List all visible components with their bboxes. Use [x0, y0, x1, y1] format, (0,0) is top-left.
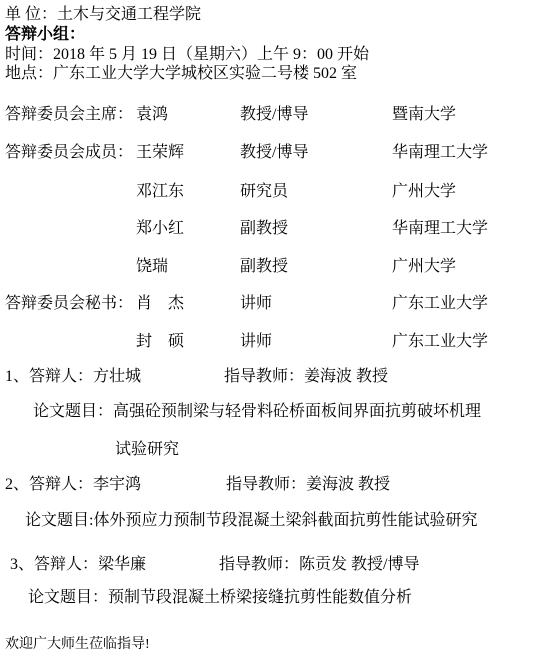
member-name: 袁鸿 — [136, 105, 168, 125]
defense-announcement-document: 单 位：土木与交通工程学院 答辩小组： 时间：2018 年 5 月 19 日（星… — [0, 0, 543, 667]
defense-3-thesis-line: 论文题目：预制节段混凝土桥梁接缝抗剪性能数值分析 — [28, 588, 412, 608]
committee-row: 邓江东 研究员 广州大学 — [0, 182, 543, 202]
member-university: 暨南大学 — [392, 105, 456, 125]
member-university: 广州大学 — [392, 257, 456, 277]
member-university: 广州大学 — [392, 182, 456, 202]
defense-1-thesis-line: 论文题目：高强砼预制梁与轻骨料砼桥面板间界面抗剪破坏机理 — [33, 402, 481, 422]
unit-line: 单 位：土木与交通工程学院 — [5, 5, 201, 25]
member-university: 广东工业大学 — [392, 294, 488, 314]
member-name: 郑小红 — [136, 219, 184, 239]
committee-row: 答辩委员会成员： 王荣辉 教授/博导 华南理工大学 — [0, 143, 543, 163]
defense-2-advisor: 指导教师：姜海波 教授 — [226, 475, 390, 495]
committee-role-label: 答辩委员会主席： — [5, 105, 133, 125]
committee-row: 郑小红 副教授 华南理工大学 — [0, 219, 543, 239]
defense-1-advisor: 指导教师：姜海波 教授 — [224, 367, 388, 387]
member-title: 讲师 — [240, 332, 272, 352]
group-heading: 答辩小组： — [5, 25, 85, 45]
defense-2-header: 2、答辩人：李宇鸿 — [5, 475, 141, 495]
footer-note: 欢迎广大师生莅临指导! — [5, 636, 150, 654]
member-title: 讲师 — [240, 294, 272, 314]
defense-3-header: 3、答辩人：梁华廉 — [10, 555, 146, 575]
member-university: 华南理工大学 — [392, 143, 488, 163]
member-title: 副教授 — [240, 219, 288, 239]
defense-1-header: 1、答辩人：方壮城 — [5, 367, 141, 387]
member-name: 邓江东 — [136, 182, 184, 202]
member-university: 华南理工大学 — [392, 219, 488, 239]
member-title: 教授/博导 — [240, 143, 308, 163]
committee-row: 答辩委员会秘书： 肖 杰 讲师 广东工业大学 — [0, 294, 543, 314]
member-title: 副教授 — [240, 257, 288, 277]
member-name: 肖 杰 — [136, 294, 184, 314]
place-line: 地点：广东工业大学大学城校区实验二号楼 502 室 — [5, 64, 357, 84]
defense-2-thesis-line: 论文题目:体外预应力预制节段混凝土梁斜截面抗剪性能试验研究 — [25, 511, 477, 531]
committee-role-label: 答辩委员会秘书： — [5, 294, 133, 314]
defense-3-advisor: 指导教师：陈贡发 教授/博导 — [219, 555, 419, 575]
member-name: 封 硕 — [136, 332, 184, 352]
committee-role-label: 答辩委员会成员： — [5, 143, 133, 163]
time-line: 时间：2018 年 5 月 19 日（星期六）上午 9：00 开始 — [5, 45, 369, 65]
member-title: 教授/博导 — [240, 105, 308, 125]
member-title: 研究员 — [240, 182, 288, 202]
defense-1-thesis-line: 试验研究 — [115, 440, 179, 460]
committee-row: 饶瑞 副教授 广州大学 — [0, 257, 543, 277]
committee-row: 答辩委员会主席： 袁鸿 教授/博导 暨南大学 — [0, 105, 543, 125]
member-name: 王荣辉 — [136, 143, 184, 163]
member-name: 饶瑞 — [136, 257, 168, 277]
committee-row: 封 硕 讲师 广东工业大学 — [0, 332, 543, 352]
member-university: 广东工业大学 — [392, 332, 488, 352]
